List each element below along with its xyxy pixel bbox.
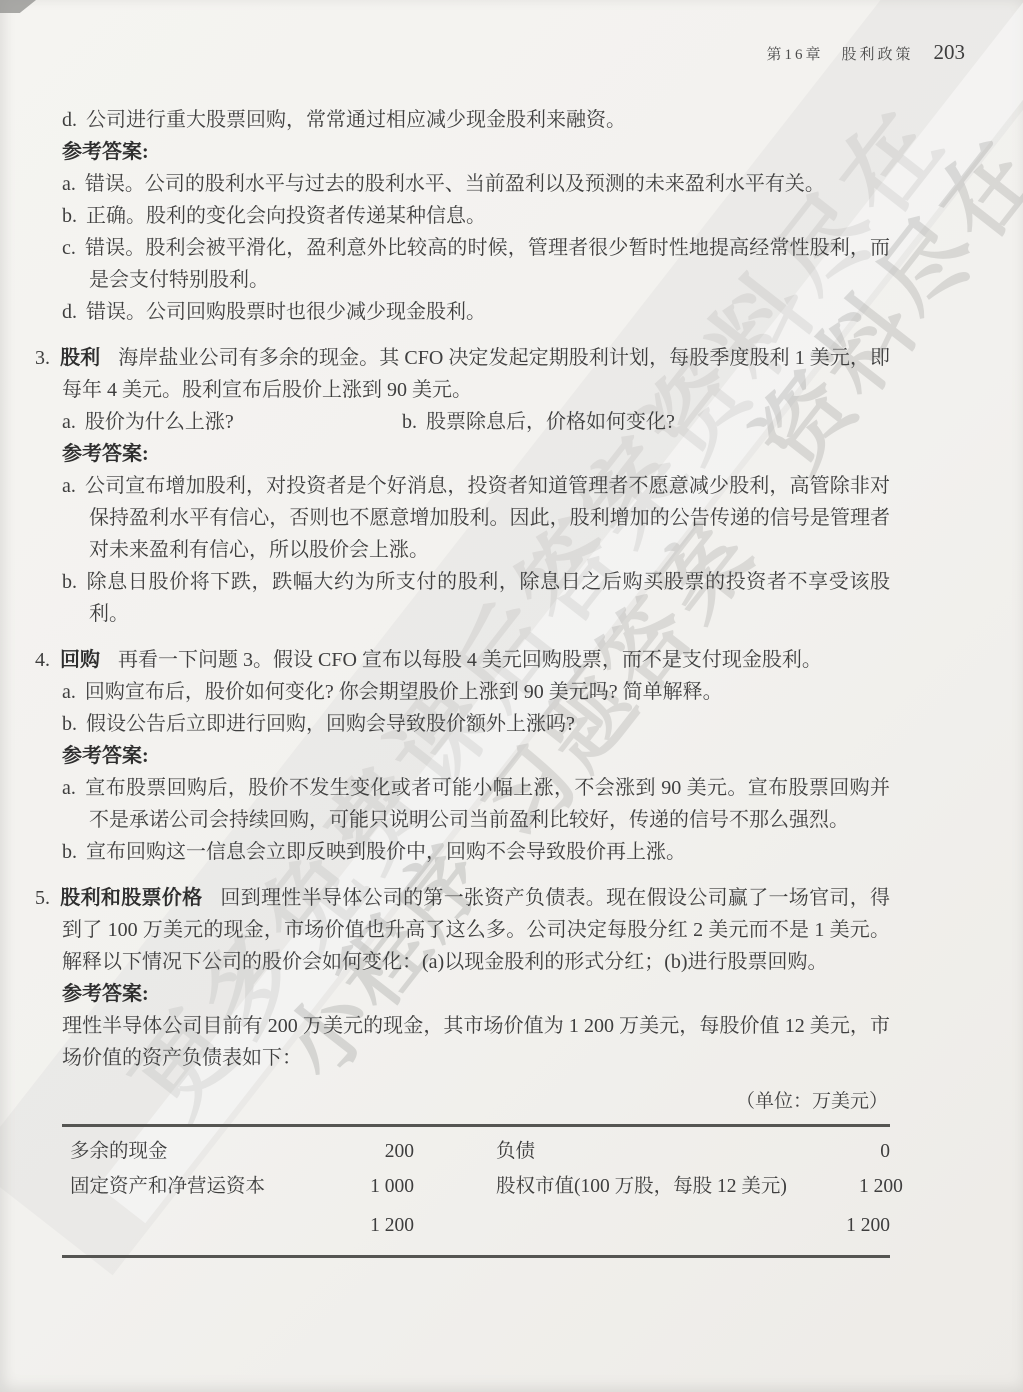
item-marker: c. [62, 237, 76, 259]
asset-value: 1 000 [302, 1173, 414, 1200]
item-text: 股票除息后，价格如何变化? [426, 411, 675, 433]
item-text: 错误。公司的股利水平与过去的股利水平、当前盈利以及预测的未来盈利水平有关。 [85, 173, 825, 195]
liability-label: 负债 [414, 1138, 774, 1165]
liability-label: 股权市值(100 万股，每股 12 美元) [414, 1173, 787, 1200]
item-marker: d. [62, 301, 77, 323]
item-text: 公司进行重大股票回购，常常通过相应减少现金股利来融资。 [86, 109, 626, 131]
question-number: 4. [35, 649, 50, 671]
subquestion-a: a.回购宣布后，股价如何变化? 你会期望股价上涨到 90 美元吗? 简单解释。 [62, 676, 890, 708]
liability-value: 1 200 [787, 1173, 903, 1200]
item-text: 错误。公司回购股票时也很少减少现金股利。 [86, 301, 486, 323]
asset-value: 200 [302, 1138, 414, 1165]
table-totals-row: 1 200 1 200 [62, 1208, 890, 1243]
answer-key-label: 参考答案: [62, 740, 890, 772]
answer-item-b: b.除息日股价将下跌，跌幅大约为所支付的股利，除息日之后购买股票的投资者不享受该… [62, 566, 890, 630]
item-text: 正确。股利的变化会向投资者传递某种信息。 [86, 205, 486, 227]
page-number: 203 [934, 40, 966, 65]
answer-key-label: 参考答案: [62, 438, 890, 470]
balance-sheet-table: 多余的现金 200 负债 0 固定资产和净营运资本 1 000 股权市值(100… [62, 1124, 890, 1258]
question-label: 股利和股票价格 [60, 887, 202, 909]
asset-label: 固定资产和净营运资本 [62, 1173, 302, 1200]
answer-item-b: b.宣布回购这一信息会立即反映到股价中，回购不会导致股价再上涨。 [62, 836, 890, 868]
item-text: 回购宣布后，股价如何变化? 你会期望股价上涨到 90 美元吗? 简单解释。 [85, 681, 723, 703]
item-text: 假设公告后立即进行回购，回购会导致股价额外上涨吗? [86, 713, 575, 735]
liability-total: 1 200 [774, 1212, 890, 1239]
asset-total: 1 200 [302, 1212, 414, 1239]
answer-item-d: d.错误。公司回购股票时也很少减少现金股利。 [62, 296, 890, 328]
item-text: 宣布回购这一信息会立即反映到股价中，回购不会导致股价再上涨。 [86, 841, 686, 863]
answer-key-label: 参考答案: [62, 978, 890, 1010]
answer-item-a: a.公司宣布增加股利，对投资者是个好消息，投资者知道管理者不愿意减少股利，高管除… [62, 470, 890, 566]
document-page: 更多免费课后答案资料尽在 资料尽在 习题答案 小程序 第16章 股利政策 203… [0, 0, 1023, 1392]
answer-item-a: a.错误。公司的股利水平与过去的股利水平、当前盈利以及预测的未来盈利水平有关。 [62, 168, 890, 200]
table-row: 固定资产和净营运资本 1 000 股权市值(100 万股，每股 12 美元) 1… [62, 1169, 890, 1204]
item-text: 除息日股价将下跌，跌幅大约为所支付的股利，除息日之后购买股票的投资者不享受该股利… [86, 571, 890, 625]
item-marker: b. [402, 411, 417, 433]
item-marker: b. [62, 841, 77, 863]
item-marker: b. [62, 205, 77, 227]
asset-label: 多余的现金 [62, 1138, 302, 1165]
item-text: 公司宣布增加股利，对投资者是个好消息，投资者知道管理者不愿意减少股利，高管除非对… [85, 475, 890, 561]
question-number: 3. [35, 347, 50, 369]
question-5: 5.股利和股票价格回到理性半导体公司的第一张资产负债表。现在假设公司赢了一场官司… [35, 882, 890, 978]
answer-item-a: a.宣布股票回购后，股价不发生变化或者可能小幅上涨，不会涨到 90 美元。宣布股… [62, 772, 890, 836]
item-marker: a. [62, 475, 76, 497]
item-marker: b. [62, 713, 77, 735]
question-4: 4.回购再看一下问题 3。假设 CFO 宣布以每股 4 美元回购股票，而不是支付… [35, 644, 890, 676]
item-marker: a. [62, 777, 76, 799]
answer-paragraph: 理性半导体公司目前有 200 万美元的现金，其市场价值为 1 200 万美元，每… [62, 1010, 890, 1074]
question-label: 回购 [60, 649, 100, 671]
answer-key-label: 参考答案: [62, 136, 890, 168]
item-marker: a. [62, 173, 76, 195]
item-text: 股价为什么上涨? [85, 411, 234, 433]
question-3-subitems: a.股价为什么上涨? b.股票除息后，价格如何变化? [62, 406, 890, 438]
list-item-d: d.公司进行重大股票回购，常常通过相应减少现金股利来融资。 [62, 104, 890, 136]
page-content: d.公司进行重大股票回购，常常通过相应减少现金股利来融资。 参考答案: a.错误… [62, 104, 890, 1258]
item-text: 错误。股利会被平滑化，盈利意外比较高的时候，管理者很少暂时性地提高经常性股利，而… [85, 237, 890, 291]
page-header: 第16章 股利政策 203 [766, 40, 965, 65]
item-marker: a. [62, 681, 76, 703]
scan-corner-artifact [0, 0, 36, 13]
question-number: 5. [35, 887, 50, 909]
item-text: 宣布股票回购后，股价不发生变化或者可能小幅上涨，不会涨到 90 美元。宣布股票回… [85, 777, 890, 831]
table-unit-note: （单位：万美元） [62, 1086, 890, 1118]
item-marker: d. [62, 109, 77, 131]
question-3: 3.股利海岸盐业公司有多余的现金。其 CFO 决定发起定期股利计划，每股季度股利… [35, 342, 890, 406]
table-row: 多余的现金 200 负债 0 [62, 1134, 890, 1169]
subquestion-b: b.股票除息后，价格如何变化? [402, 406, 675, 438]
question-label: 股利 [60, 347, 100, 369]
asset-label [62, 1212, 302, 1239]
subquestion-b: b.假设公告后立即进行回购，回购会导致股价额外上涨吗? [62, 708, 890, 740]
chapter-title: 第16章 股利政策 [766, 43, 913, 64]
item-marker: b. [62, 571, 77, 593]
question-text: 海岸盐业公司有多余的现金。其 CFO 决定发起定期股利计划，每股季度股利 1 美… [62, 347, 890, 401]
liability-label [414, 1212, 774, 1239]
answer-item-b: b.正确。股利的变化会向投资者传递某种信息。 [62, 200, 890, 232]
subquestion-a: a.股价为什么上涨? [62, 406, 402, 438]
item-marker: a. [62, 411, 76, 433]
question-text: 再看一下问题 3。假设 CFO 宣布以每股 4 美元回购股票，而不是支付现金股利… [118, 649, 822, 671]
answer-item-c: c.错误。股利会被平滑化，盈利意外比较高的时候，管理者很少暂时性地提高经常性股利… [62, 232, 890, 296]
liability-value: 0 [774, 1138, 890, 1165]
